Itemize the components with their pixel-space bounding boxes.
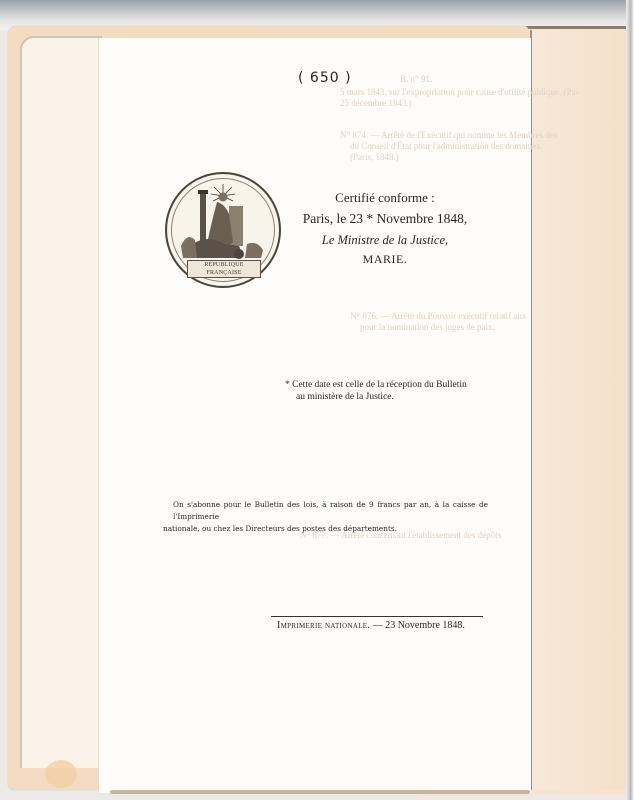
certification-title: Le Ministre de la Justice,	[290, 233, 480, 248]
page-worn-edge	[110, 790, 530, 794]
subscription-line-1: On s'abonne pour le Bulletin des lois, à…	[163, 499, 488, 523]
bleed-text: N° 874. — Arrêté de l'Exécutif qui nomme…	[340, 130, 557, 141]
imprint-rule	[271, 616, 483, 617]
bleed-text: (Paris, 1848.)	[350, 152, 399, 163]
bleed-text: du Conseil d'État pour l'administration …	[350, 141, 542, 152]
certification-place-date: Paris, le 23 * Novembre 1848,	[290, 211, 480, 227]
footnote-line-2: au ministère de la Justice.	[285, 391, 485, 403]
imprint-printer: Imprimerie nationale.	[277, 620, 370, 631]
footnote: * Cette date est celle de la réception d…	[285, 379, 485, 403]
bleed-text: pour la nomination des juges de paix.	[360, 322, 495, 333]
folder-inner-leaf	[20, 36, 102, 768]
bleed-text: 5 mars 1843, sur l'expropriation pour ca…	[340, 87, 578, 98]
certification-signatory: MARIE.	[290, 252, 480, 267]
bleed-text: N° 876. — Arrêté du Pouvoir exécutif rel…	[350, 311, 526, 322]
bleed-text: B. n° 91.	[400, 74, 432, 85]
page-number: ( 650 )	[298, 70, 352, 86]
republic-seal: RÉPUBLIQUE FRANÇAISE	[165, 172, 281, 288]
certification-heading: Certifié conforme :	[290, 190, 480, 206]
subscription-line-2: nationale, ou chez les Directeurs des po…	[163, 523, 488, 535]
water-stain	[45, 760, 77, 788]
seal-inscription: RÉPUBLIQUE FRANÇAISE	[187, 260, 261, 278]
certification-block: Certifié conforme : Paris, le 23 * Novem…	[290, 190, 480, 267]
imprint-date: — 23 Novembre 1848.	[370, 620, 465, 631]
bleed-text: 25 décembre 1843.)	[340, 98, 412, 109]
scanner-background-right	[626, 0, 634, 800]
subscription-notice: On s'abonne pour le Bulletin des lois, à…	[163, 499, 488, 535]
imprint: Imprimerie nationale. — 23 Novembre 1848…	[277, 620, 465, 631]
footnote-line-1: * Cette date est celle de la réception d…	[285, 380, 467, 390]
back-sheet-right-panel	[530, 30, 628, 790]
